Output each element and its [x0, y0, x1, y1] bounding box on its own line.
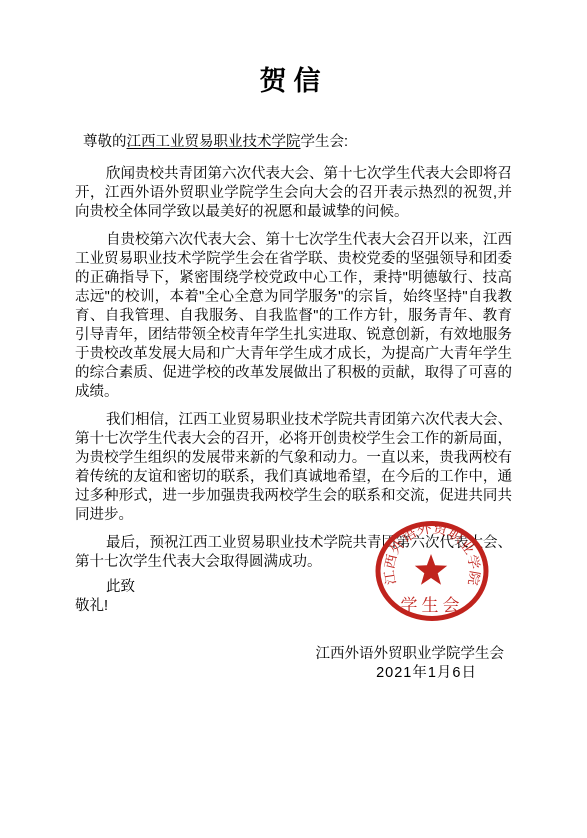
letter-content: 贺信 尊敬的江西工业贸易职业技术学院学生会: 欣闻贵校共青团第六次代表大会、第十…	[0, 0, 587, 683]
paragraph-2: 自贵校第六次代表大会、第十七次学生代表大会召开以来，江西工业贸易职业技术学院学生…	[75, 231, 512, 402]
signature-date: 2021年1月6日	[75, 664, 512, 683]
letter-page: 贺信 尊敬的江西工业贸易职业技术学院学生会: 欣闻贵校共青团第六次代表大会、第十…	[0, 0, 587, 838]
letter-title: 贺信	[75, 65, 512, 97]
salutation-school-name: 江西工业贸易职业技术学院	[127, 134, 301, 150]
salutation-suffix: 学生会:	[301, 134, 349, 150]
salutation-line: 尊敬的江西工业贸易职业技术学院学生会:	[75, 133, 512, 152]
paragraph-4: 最后，预祝江西工业贸易职业技术学院共青团第六次代表大会、第十七次学生代表大会取得…	[75, 534, 512, 572]
closing-jingli: 敬礼!	[75, 597, 512, 616]
paragraph-3: 我们相信，江西工业贸易职业技术学院共青团第六次代表大会、第十七次学生代表大会的召…	[75, 411, 512, 525]
paragraph-1: 欣闻贵校共青团第六次代表大会、第十七次学生代表大会即将召开，江西外语外贸职业学院…	[75, 165, 512, 222]
signature-org-name: 江西外语外贸职业学院学生会	[75, 645, 512, 664]
closing-cizhi: 此致	[75, 578, 512, 597]
salutation-prefix: 尊敬的	[83, 134, 127, 150]
